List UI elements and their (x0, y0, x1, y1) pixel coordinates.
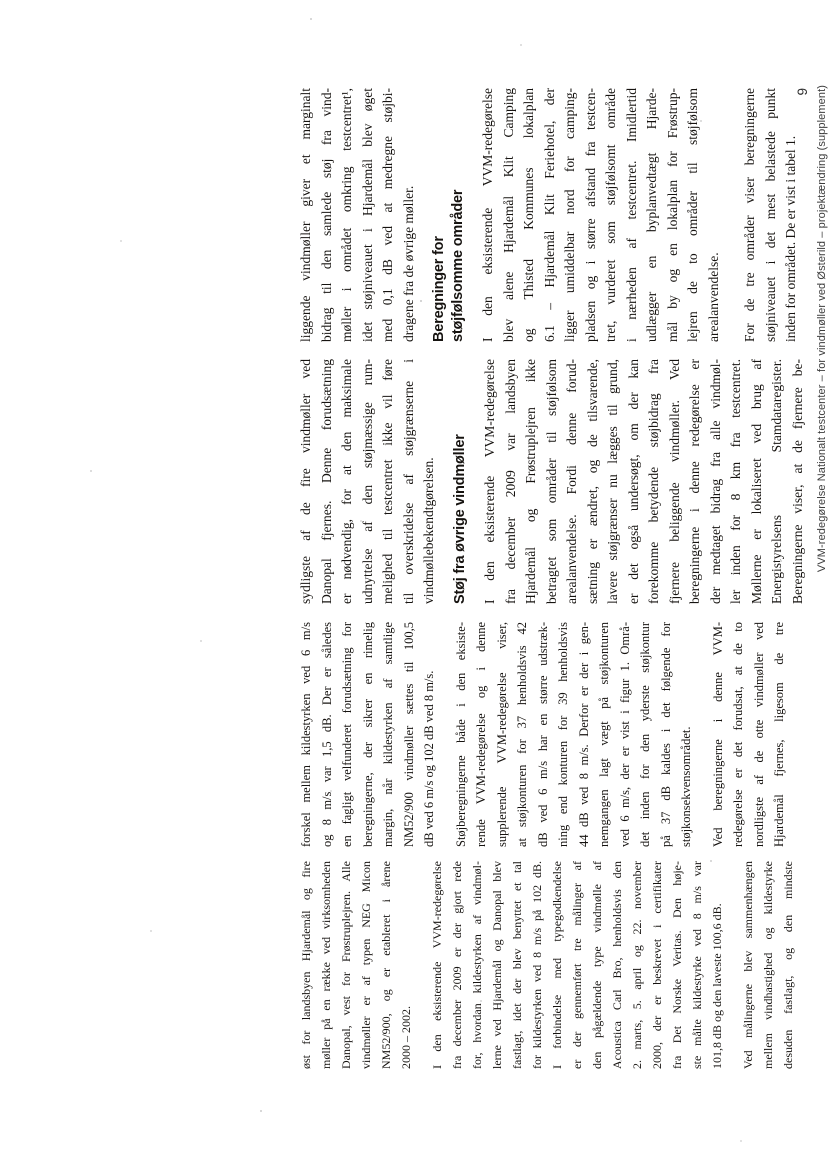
text-column-1: øst for landsbyen Hjardemål og firemølle… (296, 861, 798, 1069)
paragraph-line: forekomme betydende støjbidrag fra (644, 359, 665, 604)
paragraph-line: ligger umiddelbar nord for camping- (560, 88, 581, 342)
paragraph-line: fjernere beliggende vindmøller. Ved (665, 359, 686, 604)
text-column-2: forskel mellem kildestyrken ved 6 m/sog … (296, 622, 790, 847)
paragraph: Støjberegningerne både i den eksiste-ren… (451, 622, 697, 847)
paragraph-line: fra december 2009 er der gjort rede (447, 861, 467, 1069)
paragraph-line: sydligste af de fire vindmøller ved (296, 359, 317, 604)
paragraph-line: ning end konturen for 39 henholdsvis (553, 622, 574, 847)
paragraph-line: støjkonsekvensområdet. (676, 622, 697, 847)
paragraph-line: 2. marts, 5. april og 22. november (627, 861, 647, 1069)
paragraph-line: 6.1 – Hjardemål Klit Feriehotel, der (540, 88, 561, 342)
paragraph-line: I den eksisterende VVM-redegørelse (480, 359, 501, 604)
paragraph: I den eksisterende VVM-redegørelseblev a… (478, 88, 724, 342)
paragraph-line: Danopal, vest for Frøstruplejren. Alle (336, 861, 356, 1069)
paragraph-line: fra december 2009 var landsbyen (501, 359, 522, 604)
paragraph: I den eksisterende VVM-redegørelsefra de… (480, 359, 808, 604)
paragraph-line: rende VVM-redegørelse og i denne (471, 622, 492, 847)
paragraph-line: Danopal fjernes. Denne forudsætning (317, 359, 338, 604)
paragraph-line: og 8 m/s var 1,5 dB. Der er således (317, 622, 338, 847)
paragraph-line: en fagligt velfunderet forudsætning for (337, 622, 358, 847)
paragraph-line: møller i området omkring testcentret¹, (337, 88, 358, 342)
paragraph-line: melighed til testcentret ikke vil føre (378, 359, 399, 604)
section-heading: Beregninger forstøjfølsomme områder (430, 88, 467, 342)
paragraph-line: i nærheden af testcentret. Imidlertid (622, 88, 643, 342)
paragraph-line: nemgangen lagt vægt på støjkonturen (594, 622, 615, 847)
paragraph-line: Ved beregningerne i denne VVM- (708, 622, 729, 847)
paragraph-line: supplerende VVM-redegørelse viser, (492, 622, 513, 847)
heading-line: Støj fra øvrige vindmøller (451, 359, 470, 604)
paragraph-line: udnyttelse af den støjmæssige rum- (358, 359, 379, 604)
paragraph-line: dragene fra de øvrige møller. (399, 88, 420, 342)
paragraph-line: fastlagt, idet der blev benyttet et tal (507, 861, 527, 1069)
paragraph-line: I den eksisterende VVM-redegørelse (478, 88, 499, 342)
paragraph-line: dB ved 6 m/s og 102 dB ved 8 m/s. (419, 622, 440, 847)
paragraph-line: med 0,1 dB ved at medregne støjbi- (378, 88, 399, 342)
paragraph-line: betragtet som områder til støjfølsom (542, 359, 563, 604)
paragraph-line: Hjardemål og Frøstruplejren ikke (521, 359, 542, 604)
paragraph-line: I forbindelse med typegodkendelse (547, 861, 567, 1069)
paragraph-line: udlægger en byplanvedtægt Hjarde- (642, 88, 663, 342)
scanned-document-screenshot: øst for landsbyen Hjardemål og firemølle… (0, 0, 832, 1169)
page-footer: VVM-redegørelse Nationalt testcenter – f… (816, 85, 828, 572)
paragraph-line: liggende vindmøller giver et marginalt (296, 88, 317, 342)
paragraph-line: For de tre områder viser beregningerne (740, 88, 761, 342)
paragraph-line: beregningerne i denne redegørelse er (685, 359, 706, 604)
paragraph-line: mål by og en lokalplan for Frøstrup- (663, 88, 684, 342)
paragraph-line: I den eksisterende VVM-redegørelse (427, 861, 447, 1069)
paragraph: liggende vindmøller giver et marginaltbi… (296, 88, 419, 342)
paragraph-line: pladsen og i større afstand fra testcen- (581, 88, 602, 342)
paragraph-line: margin, når kildestyrken af samtlige (378, 622, 399, 847)
paragraph-line: idet støjniveauet i Hjardemål blev øget (358, 88, 379, 342)
paragraph-line: Møllerne er lokaliseret ved brug af (747, 359, 768, 604)
paragraph-line: lejren de to områder til støjfølsom (683, 88, 704, 342)
paragraph-line: arealanvendelse. (704, 88, 725, 342)
paragraph-line: Hjardemål fjernes, ligesom de tre (769, 622, 790, 847)
paragraph-line: for kildestyrken ved 8 m/s på 102 dB. (527, 861, 547, 1069)
text-column-3: sydligste af de fire vindmøller vedDanop… (296, 359, 808, 604)
paragraph-line: og Thisted Kommunes lokalplan (519, 88, 540, 342)
scan-noise (0, 0, 2, 2)
paragraph-line: redegørelse er det forudsat, at de to (728, 622, 749, 847)
paragraph-line: NM52/900, og er etableret i årene (376, 861, 396, 1069)
heading-line: støjfølsomme områder (449, 88, 468, 342)
paragraph-line: ved 6 m/s, der er vist i figur 1. Områ- (615, 622, 636, 847)
paragraph-line: støjniveauet i det mest belastede punkt (761, 88, 782, 342)
paragraph-line: nordligste af de otte vindmøller ved (749, 622, 770, 847)
heading-line: Beregninger for (430, 88, 449, 342)
paragraph-line: 44 dB ved 8 m/s. Derfor er der i gen- (574, 622, 595, 847)
paragraph: forskel mellem kildestyrken ved 6 m/sog … (296, 622, 440, 847)
paragraph-line: arealanvendelse. Fordi denne forud- (562, 359, 583, 604)
text-column-4: liggende vindmøller giver et marginaltbi… (296, 88, 802, 342)
paragraph: sydligste af de fire vindmøller vedDanop… (296, 359, 440, 604)
paragraph: Ved målingerne blev sammenhængenmellem v… (738, 861, 798, 1069)
paragraph-line: er der gennemført tre målinger af (567, 861, 587, 1069)
paragraph-line: Beregningerne viser, at de fjernere be- (788, 359, 809, 604)
paragraph: I den eksisterende VVM-redegørelsefra de… (427, 861, 727, 1069)
scanned-page-rotated: øst for landsbyen Hjardemål og firemølle… (0, 0, 832, 1169)
paragraph-line: 2000 – 2002. (396, 861, 416, 1069)
paragraph-line: 2000, der er beskrevet i certifikater (647, 861, 667, 1069)
paragraph-line: beregningerne, der sikrer en rimelig (358, 622, 379, 847)
paragraph-line: bidrag til den samlede støj fra vind- (317, 88, 338, 342)
page-number: 9 (795, 88, 810, 96)
paragraph-line: dB ved 6 m/s har en større udstræk- (533, 622, 554, 847)
paragraph-line: ler inden for 8 km fra testcentret. (726, 359, 747, 604)
paragraph: Ved beregningerne i denne VVM-redegørels… (708, 622, 790, 847)
paragraph-line: lavere støjgrænser nu lægges til grund, (603, 359, 624, 604)
paragraph-line: der medtaget bidrag fra alle vindmøl- (706, 359, 727, 604)
paragraph-line: til overskridelse af støjgrænserne i (399, 359, 420, 604)
paragraph-line: Støjberegningerne både i den eksiste- (451, 622, 472, 847)
paragraph: For de tre områder viser beregningernest… (740, 88, 802, 342)
paragraph: øst for landsbyen Hjardemål og firemølle… (296, 861, 416, 1069)
paragraph-line: møller på en række ved virksomheden (316, 861, 336, 1069)
paragraph-line: den pågældende type vindmølle af (587, 861, 607, 1069)
paragraph-line: øst for landsbyen Hjardemål og fire (296, 861, 316, 1069)
paragraph-line: er nødvendig, for at den maksimale (337, 359, 358, 604)
paragraph-line: blev alene Hjardemål Klit Camping (499, 88, 520, 342)
paragraph-line: på 37 dB kaldes i det følgende for (656, 622, 677, 847)
paragraph-line: for, hvordan kildestyrken af vindmøl- (467, 861, 487, 1069)
paragraph-line: at støjkonturen for 37 henholdsvis 42 (512, 622, 533, 847)
paragraph-line: er det også undersøgt, om der kan (624, 359, 645, 604)
paragraph-line: det inden for den yderste støjkontur (635, 622, 656, 847)
paragraph-line: tret, vurderet som støjfølsomt område (601, 88, 622, 342)
paragraph-line: Ved målingerne blev sammenhængen (738, 861, 758, 1069)
paragraph-line: NM52/900 vindmøller sættes til 100,5 (399, 622, 420, 847)
paragraph-line: 101,8 dB og den laveste 100,6 dB. (707, 861, 727, 1069)
paragraph-line: vindmøller er af typen NEG Micon (356, 861, 376, 1069)
paragraph-line: vindmøllebekendtgørelsen. (419, 359, 440, 604)
paragraph-line: sætning er ændret, og de tilsvarende, (583, 359, 604, 604)
paragraph-line: Energistyrelsens Stamdataregister. (767, 359, 788, 604)
paragraph-line: Acoustica Carl Bro, henholdsvis den (607, 861, 627, 1069)
paragraph-line: lerne ved Hjardemål og Danopal blev (487, 861, 507, 1069)
paragraph-line: ste målte kildestyrke ved 8 m/s var (687, 861, 707, 1069)
paragraph-line: forskel mellem kildestyrken ved 6 m/s (296, 622, 317, 847)
paragraph-line: fra Det Norske Veritas. Den høje- (667, 861, 687, 1069)
paragraph-line: mellem vindhastighed og kildestyrke (758, 861, 778, 1069)
paragraph-line: desuden fastlagt, og den mindste (778, 861, 798, 1069)
section-heading: Støj fra øvrige vindmøller (451, 359, 470, 604)
paragraph-line: inden for området. De er vist i tabel 1. (781, 88, 802, 342)
